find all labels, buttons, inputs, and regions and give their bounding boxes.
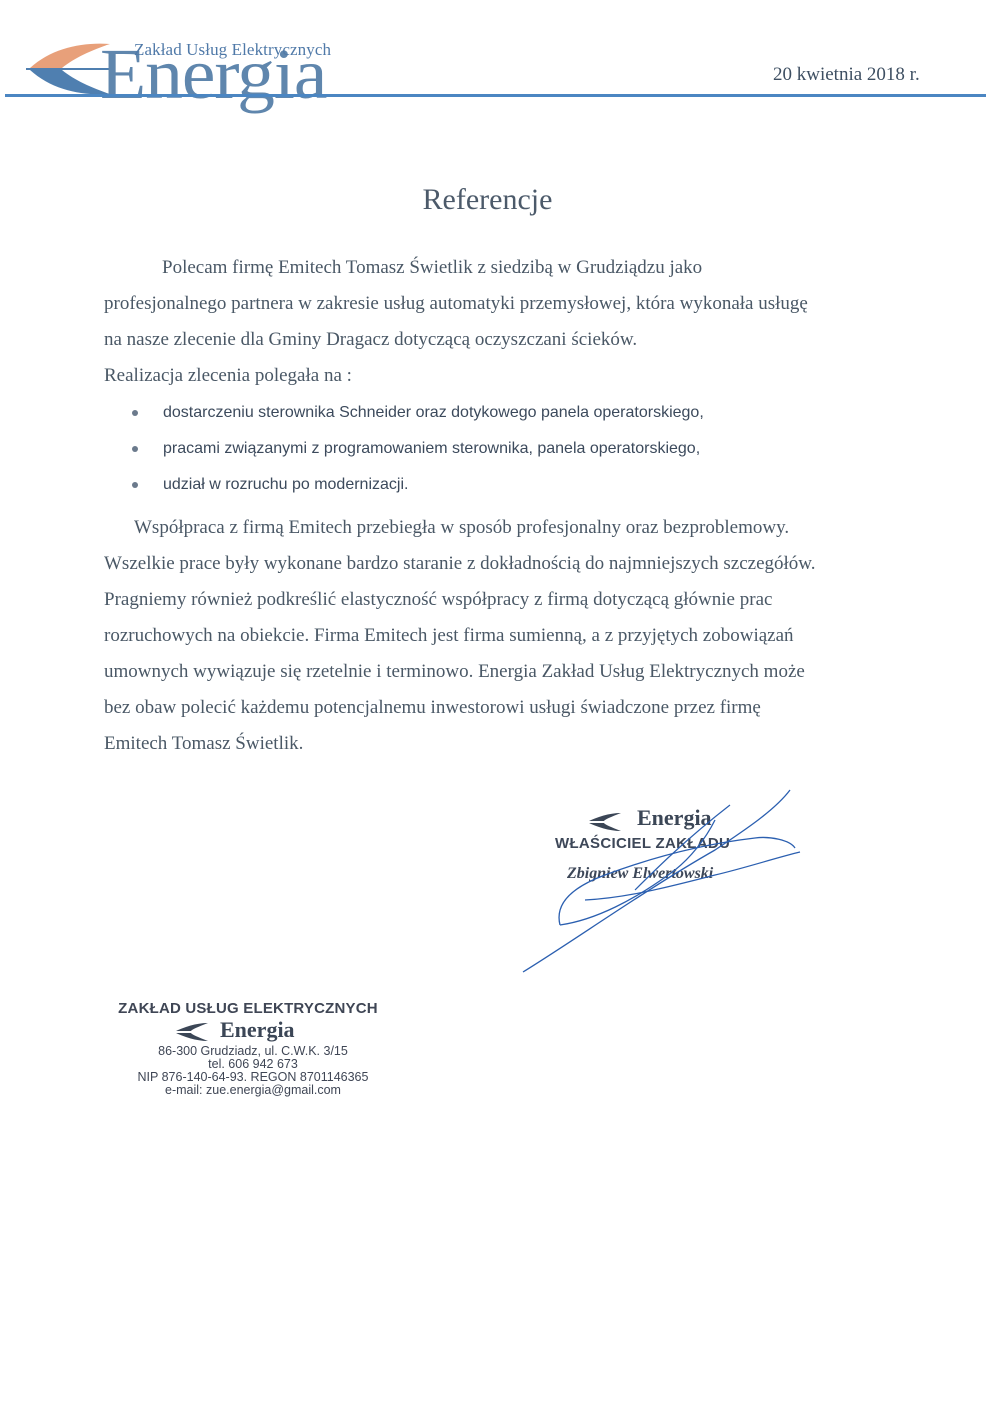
list-item-text: pracami związanymi z programowaniem ster… bbox=[163, 440, 700, 457]
text-line: rozruchowych na obiekcie. Firma Emitech … bbox=[104, 618, 894, 654]
energia-logo-icon bbox=[22, 40, 112, 96]
text-line: Wszelkie prace były wykonane bardzo star… bbox=[104, 546, 894, 582]
text-line: Pragniemy również podkreślić elastycznoś… bbox=[104, 582, 894, 618]
handwritten-signature-icon bbox=[515, 780, 815, 980]
paragraph-evaluation: Współpraca z firmą Emitech przebiegła w … bbox=[104, 510, 894, 762]
list-item: dostarczeniu sterownika Schneider oraz d… bbox=[132, 395, 704, 431]
stamp-email: e-mail: zue.energia@gmail.com bbox=[108, 1084, 398, 1097]
text-line: Współpraca z firmą Emitech przebiegła w … bbox=[104, 510, 894, 546]
bullet-icon bbox=[132, 410, 138, 416]
paragraph-intro: Polecam firmę Emitech Tomasz Świetlik z … bbox=[104, 250, 894, 394]
text-line: umownych wywiązuje się rzetelnie i termi… bbox=[104, 654, 894, 690]
list-item: udział w rozruchu po modernizacji. bbox=[132, 467, 704, 503]
header-rule bbox=[5, 94, 986, 97]
list-item: pracami związanymi z programowaniem ster… bbox=[132, 431, 704, 467]
list-item-text: dostarczeniu sterownika Schneider oraz d… bbox=[163, 404, 704, 421]
text-line: Emitech Tomasz Świetlik. bbox=[104, 726, 894, 762]
stamp-company-title: ZAKŁAD USŁUG ELEKTRYCZNYCH bbox=[98, 1000, 398, 1017]
text-line: Realizacja zlecenia polegała na : bbox=[104, 358, 894, 394]
stamp-brand: Energia bbox=[220, 1017, 295, 1043]
text-line: profesjonalnego partnera w zakresie usłu… bbox=[104, 286, 894, 322]
energia-stamp-logo-icon bbox=[170, 1022, 210, 1042]
bullet-icon bbox=[132, 446, 138, 452]
text-line: Polecam firmę Emitech Tomasz Świetlik z … bbox=[104, 250, 894, 286]
text-line: bez obaw polecić każdemu potencjalnemu i… bbox=[104, 690, 894, 726]
document-title: Referencje bbox=[0, 183, 975, 217]
letter-date: 20 kwietnia 2018 r. bbox=[773, 64, 920, 86]
text-line: na nasze zlecenie dla Gminy Dragacz doty… bbox=[104, 322, 894, 358]
bullet-icon bbox=[132, 482, 138, 488]
company-stamp: ZAKŁAD USŁUG ELEKTRYCZNYCH Energia 86-30… bbox=[108, 1000, 398, 1097]
list-item-text: udział w rozruchu po modernizacji. bbox=[163, 476, 408, 493]
scope-list: dostarczeniu sterownika Schneider oraz d… bbox=[132, 395, 704, 503]
company-subtitle: Zakład Usług Elektrycznych bbox=[134, 40, 331, 60]
